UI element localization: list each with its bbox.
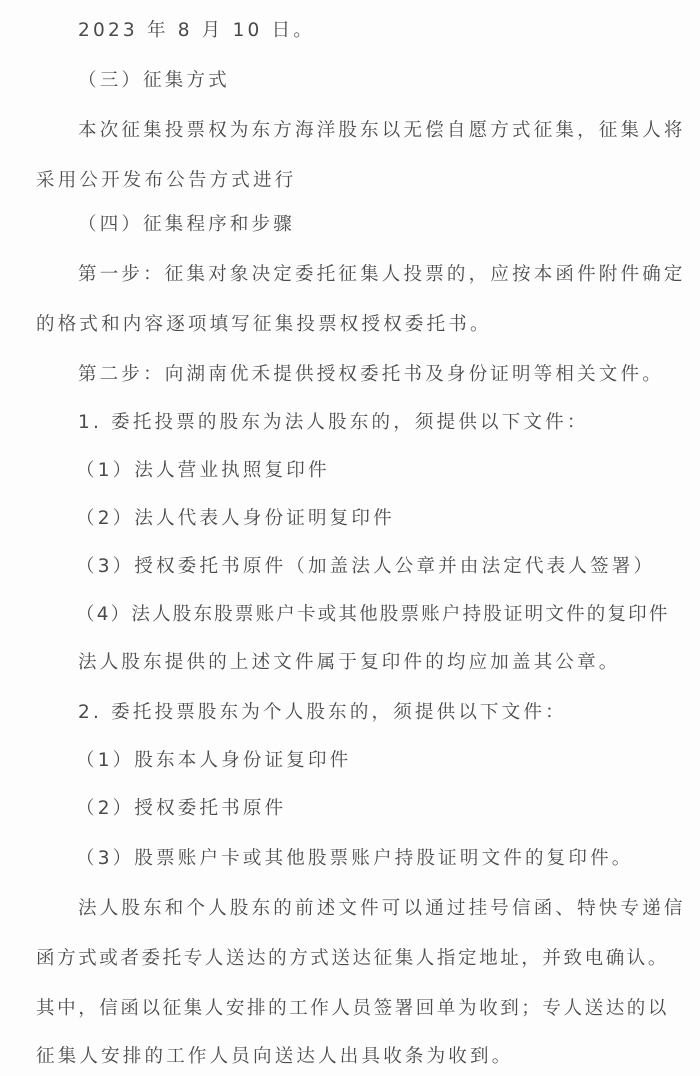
paragraph-line: 函方式或者委托专人送达的方式送达征集人指定地址，并致电确认。: [36, 946, 669, 972]
paragraph-line: 的格式和内容逐项填写征集投票权授权委托书。: [36, 312, 492, 338]
list-item: （1）法人营业执照复印件: [76, 458, 330, 484]
document-page: 2023 年 8 月 10 日。 （三）征集方式 本次征集投票权为东方海洋股东以…: [0, 0, 700, 1076]
step-one-line: 第一步：征集对象决定委托征集人投票的，应按本函件附件确定: [78, 262, 686, 288]
paragraph-line: 法人股东提供的上述文件属于复印件的均应加盖其公章。: [78, 650, 621, 676]
paragraph-line: 征集人安排的工作人员向送达人出具收条为收到。: [36, 1044, 513, 1070]
list-item: （4）法人股东股票账户卡或其他股票账户持股证明文件的复印件: [76, 602, 670, 628]
list-item: （3）股票账户卡或其他股票账户持股证明文件的复印件。: [76, 846, 633, 872]
list-item: （2）法人代表人身份证明复印件: [76, 506, 395, 532]
list-item: （2）授权委托书原件: [76, 796, 286, 822]
list-item: （3）授权委托书原件（加盖法人公章并由法定代表人签署）: [76, 554, 655, 580]
date-line: 2023 年 8 月 10 日。: [78, 18, 315, 44]
section-heading-4: （四）征集程序和步骤: [78, 212, 295, 238]
section-heading-3: （三）征集方式: [78, 68, 230, 94]
list-item: （1）股东本人身份证复印件: [76, 748, 351, 774]
step-two-line: 第二步：向湖南优禾提供授权委托书及身份证明等相关文件。: [78, 362, 664, 388]
paragraph-line: 法人股东和个人股东的前述文件可以通过挂号信函、特快专递信: [78, 896, 686, 922]
list-heading-corporate: 1. 委托投票的股东为法人股东的，须提供以下文件：: [78, 410, 589, 436]
paragraph-line: 本次征集投票权为东方海洋股东以无偿自愿方式征集，征集人将: [78, 118, 686, 144]
paragraph-line: 采用公开发布公告方式进行: [36, 168, 296, 194]
paragraph-line: 其中，信函以征集人安排的工作人员签署回单为收到；专人送达的以: [36, 996, 669, 1022]
list-heading-individual: 2. 委托投票股东为个人股东的，须提供以下文件：: [78, 700, 567, 726]
